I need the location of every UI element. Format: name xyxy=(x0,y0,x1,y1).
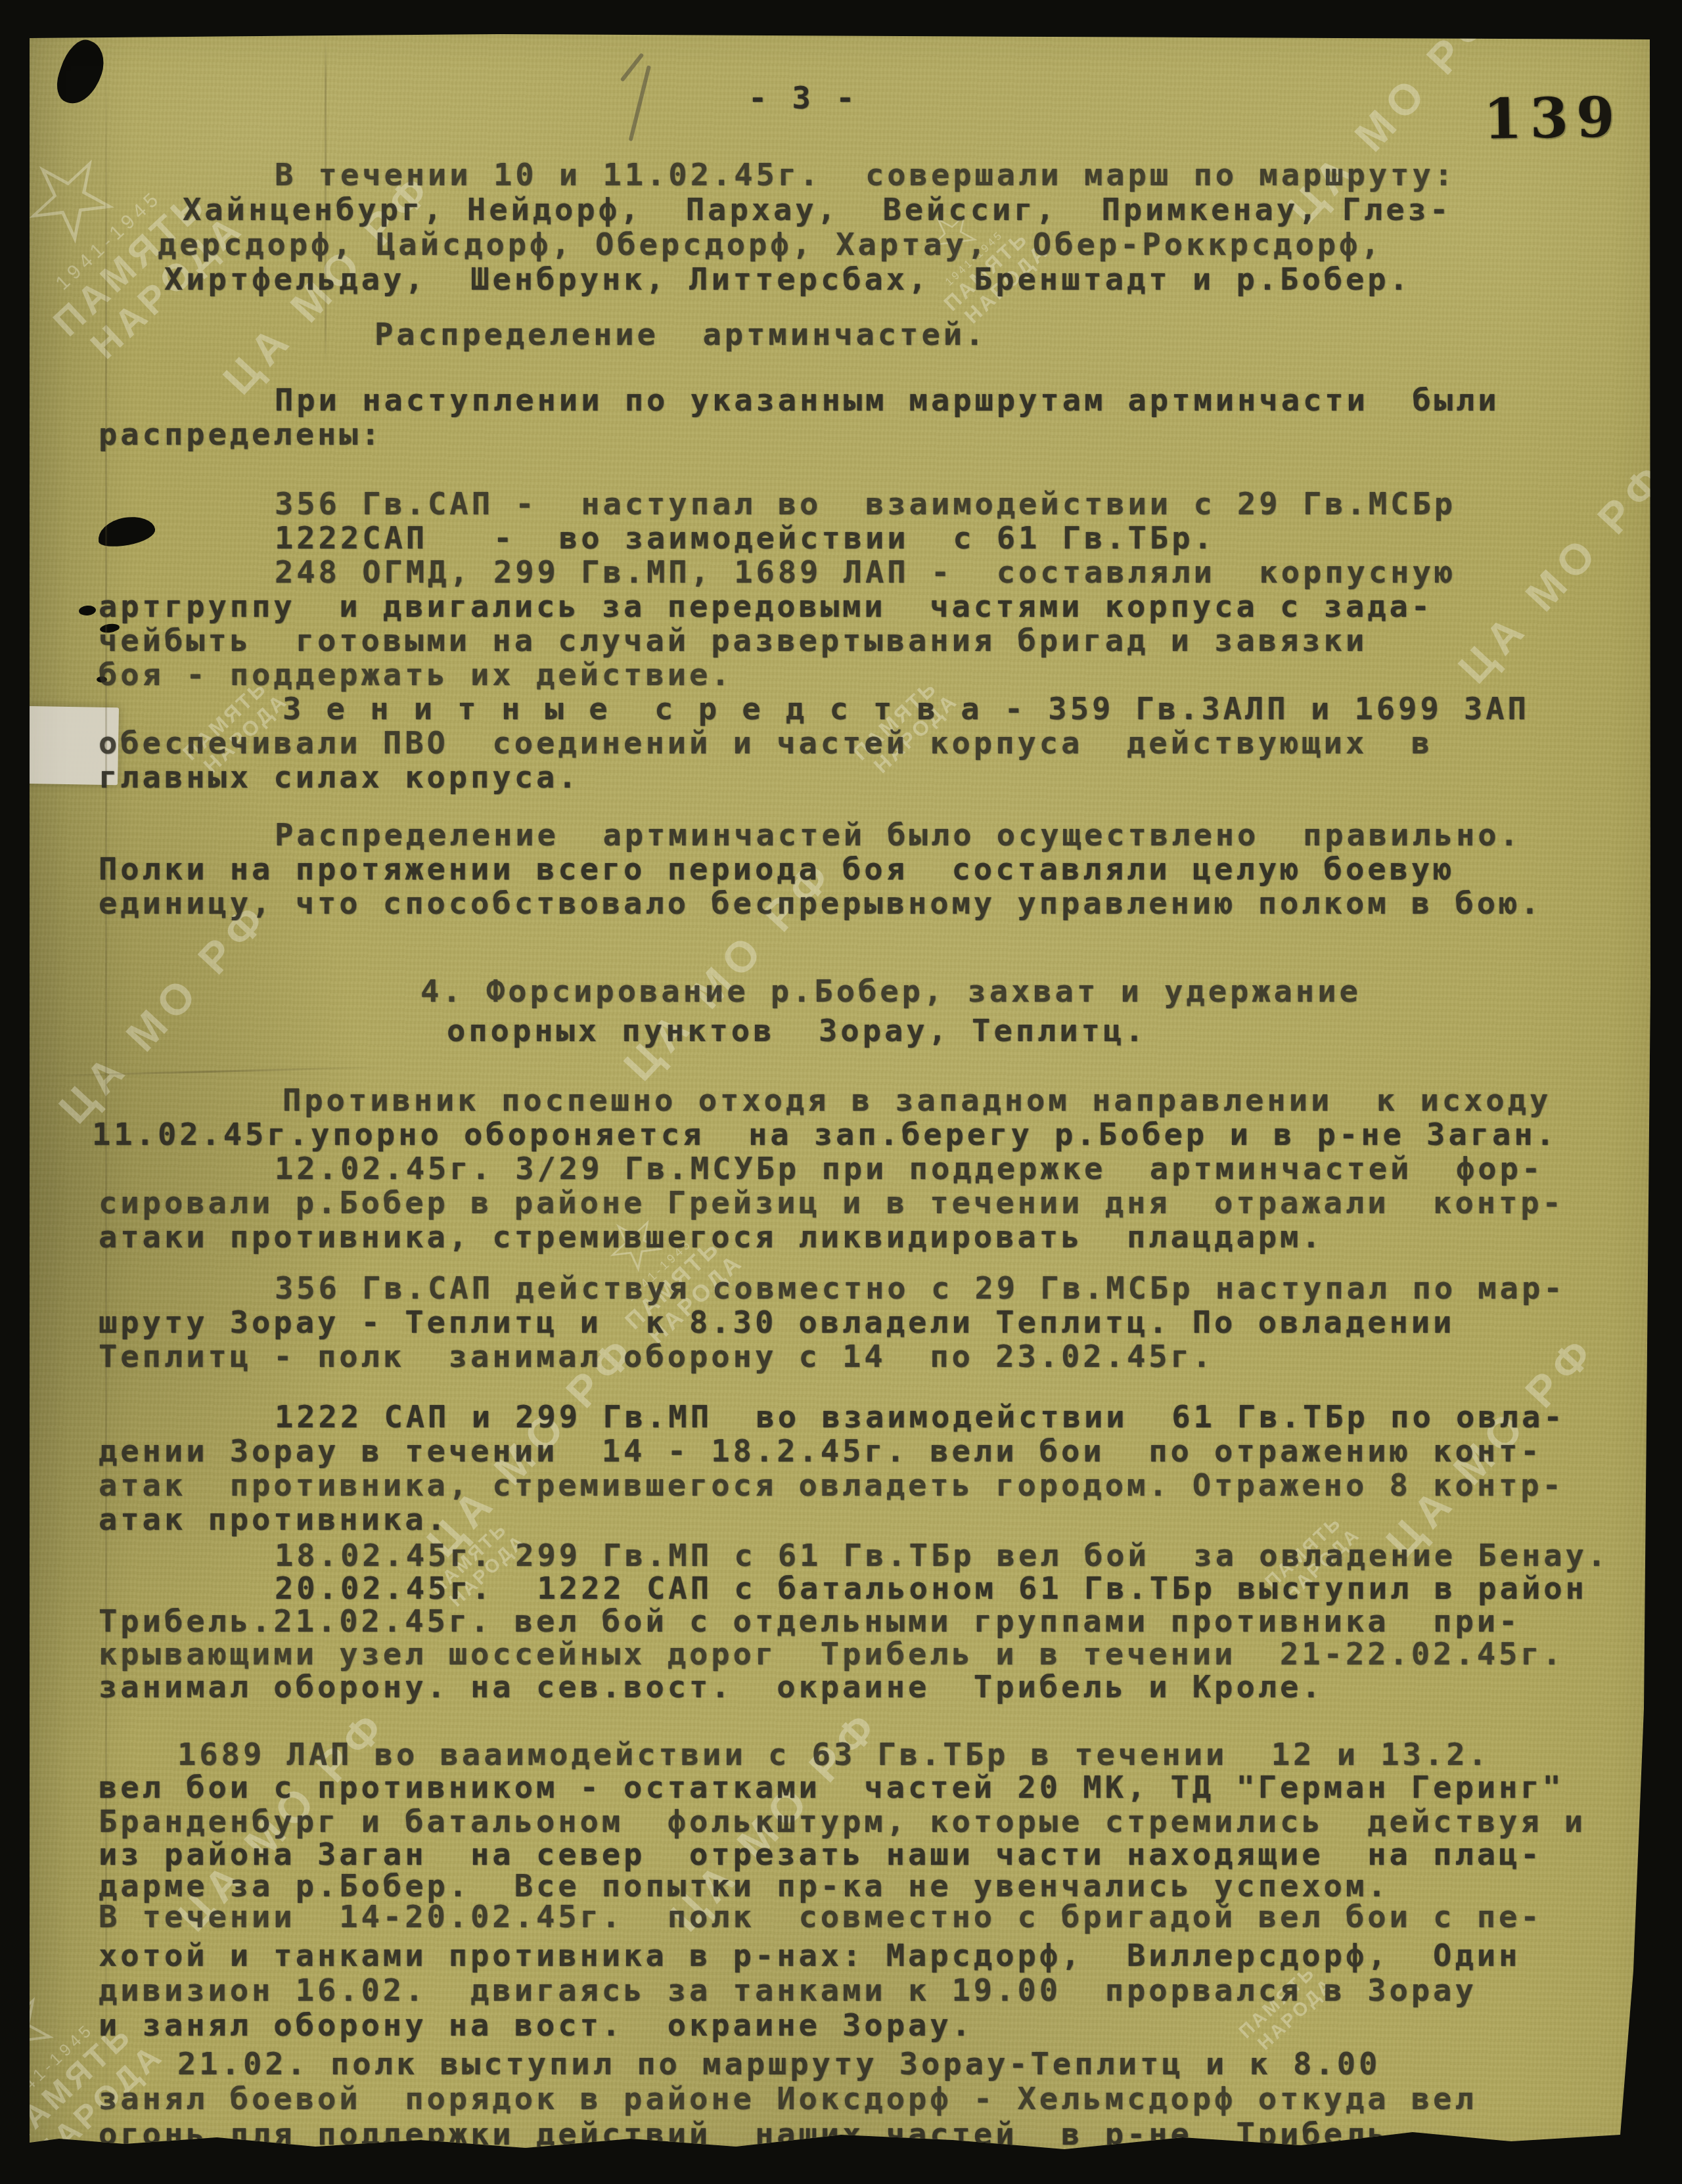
star-outline-icon: ☆ xyxy=(0,1938,109,2120)
text-line: Распределение артминчастей. xyxy=(375,319,987,350)
archive-sheet-number-stamp: 139 xyxy=(1483,89,1623,147)
text-line: чейбыть готовыми на случай развертывания… xyxy=(99,625,1367,656)
text-line: 18.02.45г. 299 Гв.МП с 61 Гв.ТБр вел бой… xyxy=(275,1540,1609,1571)
text-line: занимал оборону. на сев.вост. окраине Тр… xyxy=(99,1672,1324,1703)
text-line: Хайнценбург, Нейдорф, Пархау, Вейссиг, П… xyxy=(183,194,1451,225)
paper-hole xyxy=(95,513,157,550)
text-line: В течении 14-20.02.45г. полк совместно с… xyxy=(99,1902,1543,1932)
text-line: атаки противника, стремившегося ликвидир… xyxy=(99,1222,1324,1253)
watermark-ca-mo-rf: ЦА МО РФ xyxy=(49,890,280,1133)
text-line: дерсдорф, Цайсдорф, Оберсдорф, Хартау, О… xyxy=(158,229,1383,260)
text-line: артгруппу и двигались за передовыми част… xyxy=(99,591,1433,622)
document-page: ☆1941-1945ПАМЯТЬНАРОДАЦА МО РФ☆1941-1945… xyxy=(0,0,1682,2184)
text-line: крывающими узел шоссейных дорог Трибель … xyxy=(99,1639,1564,1670)
star-outline-icon: ☆ xyxy=(0,90,179,305)
text-line: Трибель.21.02.45г. вел бой с отдельными … xyxy=(99,1606,1520,1637)
text-line: единицу, что способствовало беспрерывном… xyxy=(99,888,1543,919)
paper-hole xyxy=(78,605,96,616)
text-line: хотой и танками противника в р-нах: Марс… xyxy=(99,1940,1520,1971)
paper-crease xyxy=(30,1066,388,1077)
paper-hole xyxy=(0,1527,23,1576)
text-line: занял боевой порядок в районе Иоксдорф -… xyxy=(99,2084,1477,2114)
text-line: 21.02. полк выступил по маршруту Зорау-Т… xyxy=(177,2049,1380,2080)
text-line: Теплитц - полк занимал оборону с 14 по 2… xyxy=(99,1341,1214,1372)
text-line: В течении 10 и 11.02.45г. совершали марш… xyxy=(275,160,1456,190)
watermark-ca-mo-rf: ЦА МО РФ xyxy=(1448,450,1679,693)
text-line: Распределение артминчастей было осуществ… xyxy=(275,820,1522,851)
text-line: и занял оборону на вост. окраине Зорау. xyxy=(99,2010,974,2041)
paper-hole xyxy=(1,964,32,1023)
text-line: огонь для поддержки действий наших часте… xyxy=(99,2119,1411,2150)
text-line: Бранденбург и батальоном фолькштурм, кот… xyxy=(99,1806,1586,1837)
text-line: боя - поддержать их действие. xyxy=(99,659,733,690)
text-line: 1222 САП и 299 Гв.МП во взаимодействии 6… xyxy=(275,1402,1566,1433)
text-line: опорных пунктов Зорау, Теплитц. xyxy=(447,1015,1147,1046)
text-line: дивизион 16.02. двигаясь за танками к 19… xyxy=(99,1975,1477,2006)
page-number: - 3 - xyxy=(748,83,857,114)
text-line: атак противника, стремившегося овладеть … xyxy=(99,1470,1564,1501)
text-line: При наступлении по указанным маршрутам а… xyxy=(275,385,1500,416)
text-line: дении Зорау в течении 14 - 18.2.45г. вел… xyxy=(99,1436,1543,1467)
text-line: Хиртфельдау, Шенбрунк, Литтерсбах, Бренш… xyxy=(164,264,1411,295)
text-line: распределены: xyxy=(99,419,383,450)
paper-hole xyxy=(0,1937,21,1994)
text-line: 356 Гв.САП - наступал во взаимодействии … xyxy=(275,489,1456,520)
text-line: атак противника. xyxy=(99,1504,449,1535)
text-line: 12.02.45г. 3/29 Гв.МСУБр при поддержке а… xyxy=(275,1153,1543,1184)
paper-hole xyxy=(51,35,110,110)
text-line: сировали р.Бобер в районе Грейзиц и в те… xyxy=(99,1188,1564,1218)
text-line: главных силах корпуса. xyxy=(99,762,580,793)
text-line: З е н и т н ы е с р е д с т в а - 359 Гв… xyxy=(283,694,1530,724)
text-line: 20.02.45г. 1222 САП с батальоном 61 Гв.Т… xyxy=(275,1573,1587,1604)
text-line: дарме за р.Бобер. Все попытки пр-ка не у… xyxy=(99,1871,1390,1902)
pencil-mark xyxy=(629,65,651,141)
text-line: Полки на протяжении всего периода боя со… xyxy=(99,854,1455,885)
text-line: 4. Форсирование р.Бобер, захват и удержа… xyxy=(420,976,1361,1007)
text-line: 1222САП - во заимодействии с 61 Гв.ТБр. xyxy=(275,523,1216,554)
text-line: 248 ОГМД, 299 Гв.МП, 1689 ЛАП - составля… xyxy=(275,557,1456,588)
text-line: 356 Гв.САП действуя совместно с 29 Гв.МС… xyxy=(275,1273,1566,1304)
text-line: 11.02.45г.упорно обороняется на зап.бере… xyxy=(92,1119,1558,1150)
text-line: вел бои с противником - остатками частей… xyxy=(99,1772,1564,1803)
text-line: из района Заган на север отрезать наши ч… xyxy=(99,1839,1543,1870)
text-line: 1689 ЛАП во вааимодействии с 63 Гв.ТБр в… xyxy=(177,1739,1490,1770)
pencil-mark xyxy=(620,53,645,82)
text-line: шруту Зорау - Теплитц и к 8.30 овладели … xyxy=(99,1307,1455,1338)
text-line: Противник поспешно отходя в западном нап… xyxy=(283,1085,1551,1116)
text-line: обеспечивали ПВО соединений и частей кор… xyxy=(99,728,1433,759)
